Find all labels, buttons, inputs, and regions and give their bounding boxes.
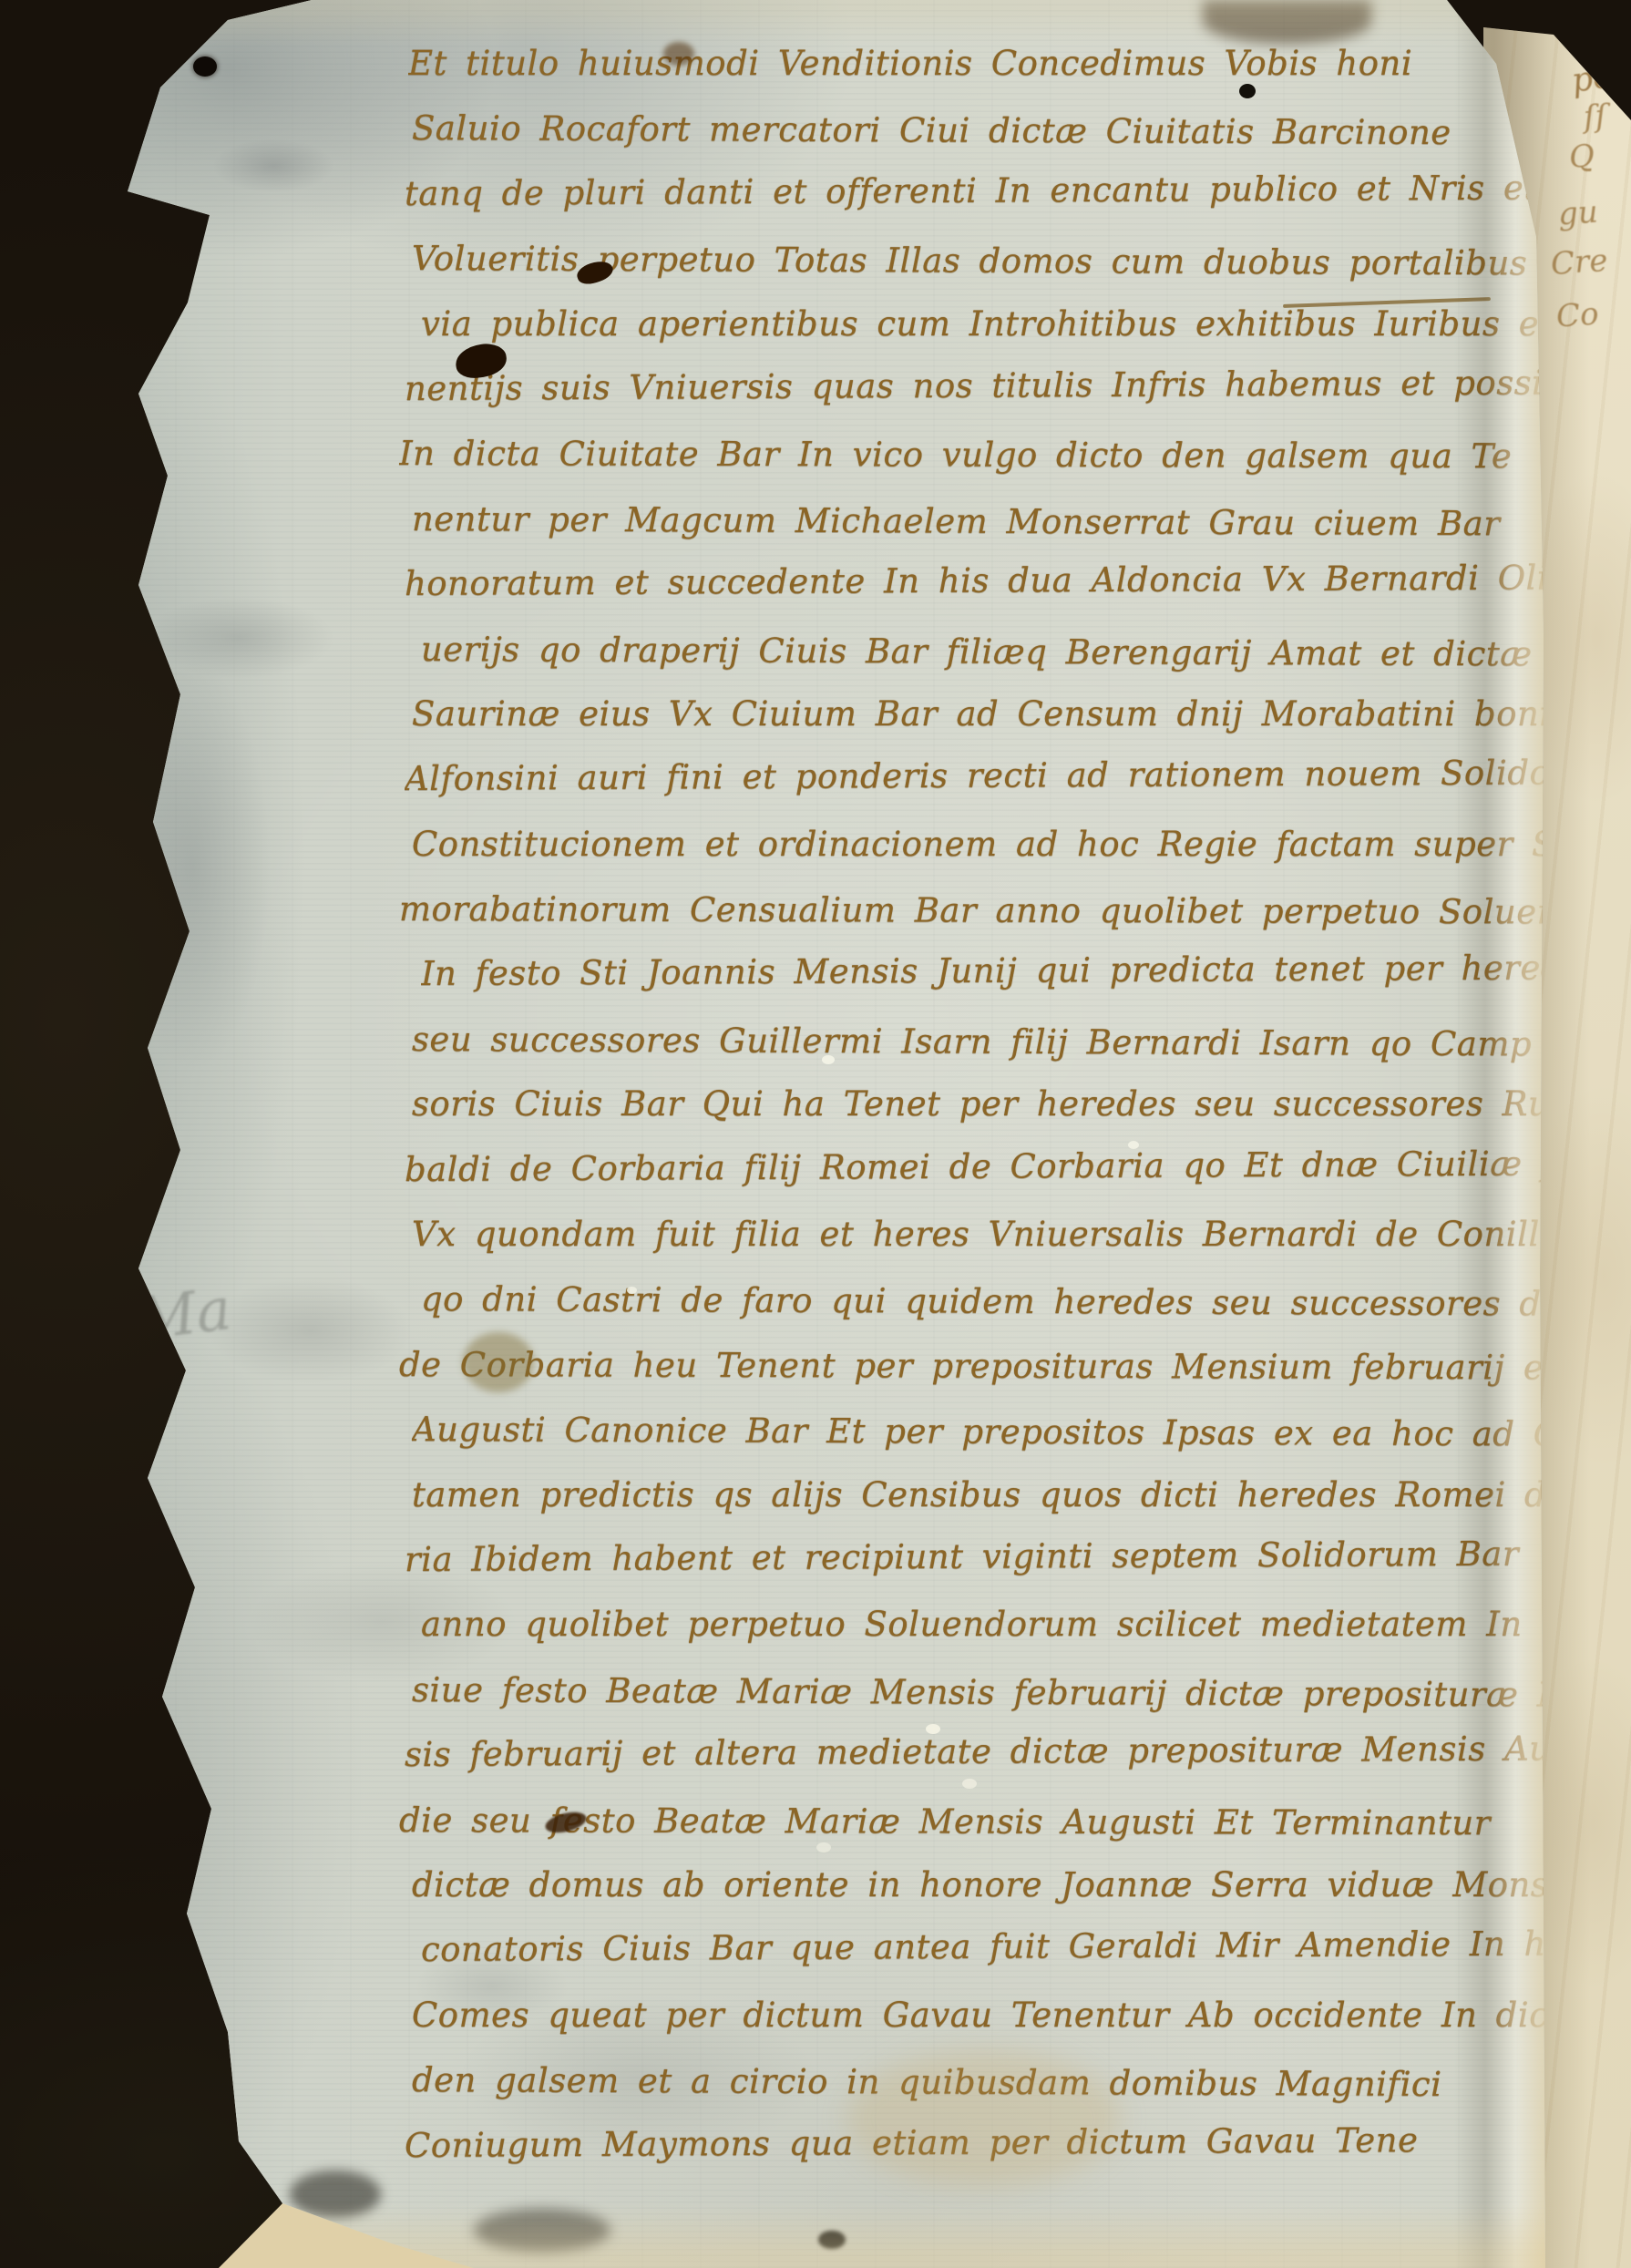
folio-mark: po [1569, 57, 1615, 100]
edge-text-fragment: Cre [1550, 242, 1609, 282]
edge-text-fragment: Q [1568, 138, 1596, 176]
edge-text-fragment: gu [1557, 194, 1599, 233]
paper-edge-tint [0, 0, 1631, 2268]
manuscript-scan: po ſſQguCreCo Ma Et titulo huiusmodi Ven… [0, 0, 1631, 2268]
edge-text-fragment: ſſ [1583, 97, 1608, 136]
edge-text-fragment: Co [1555, 295, 1600, 334]
manuscript-page: Ma Et titulo huiusmodi Venditionis Conce… [0, 0, 1631, 2268]
